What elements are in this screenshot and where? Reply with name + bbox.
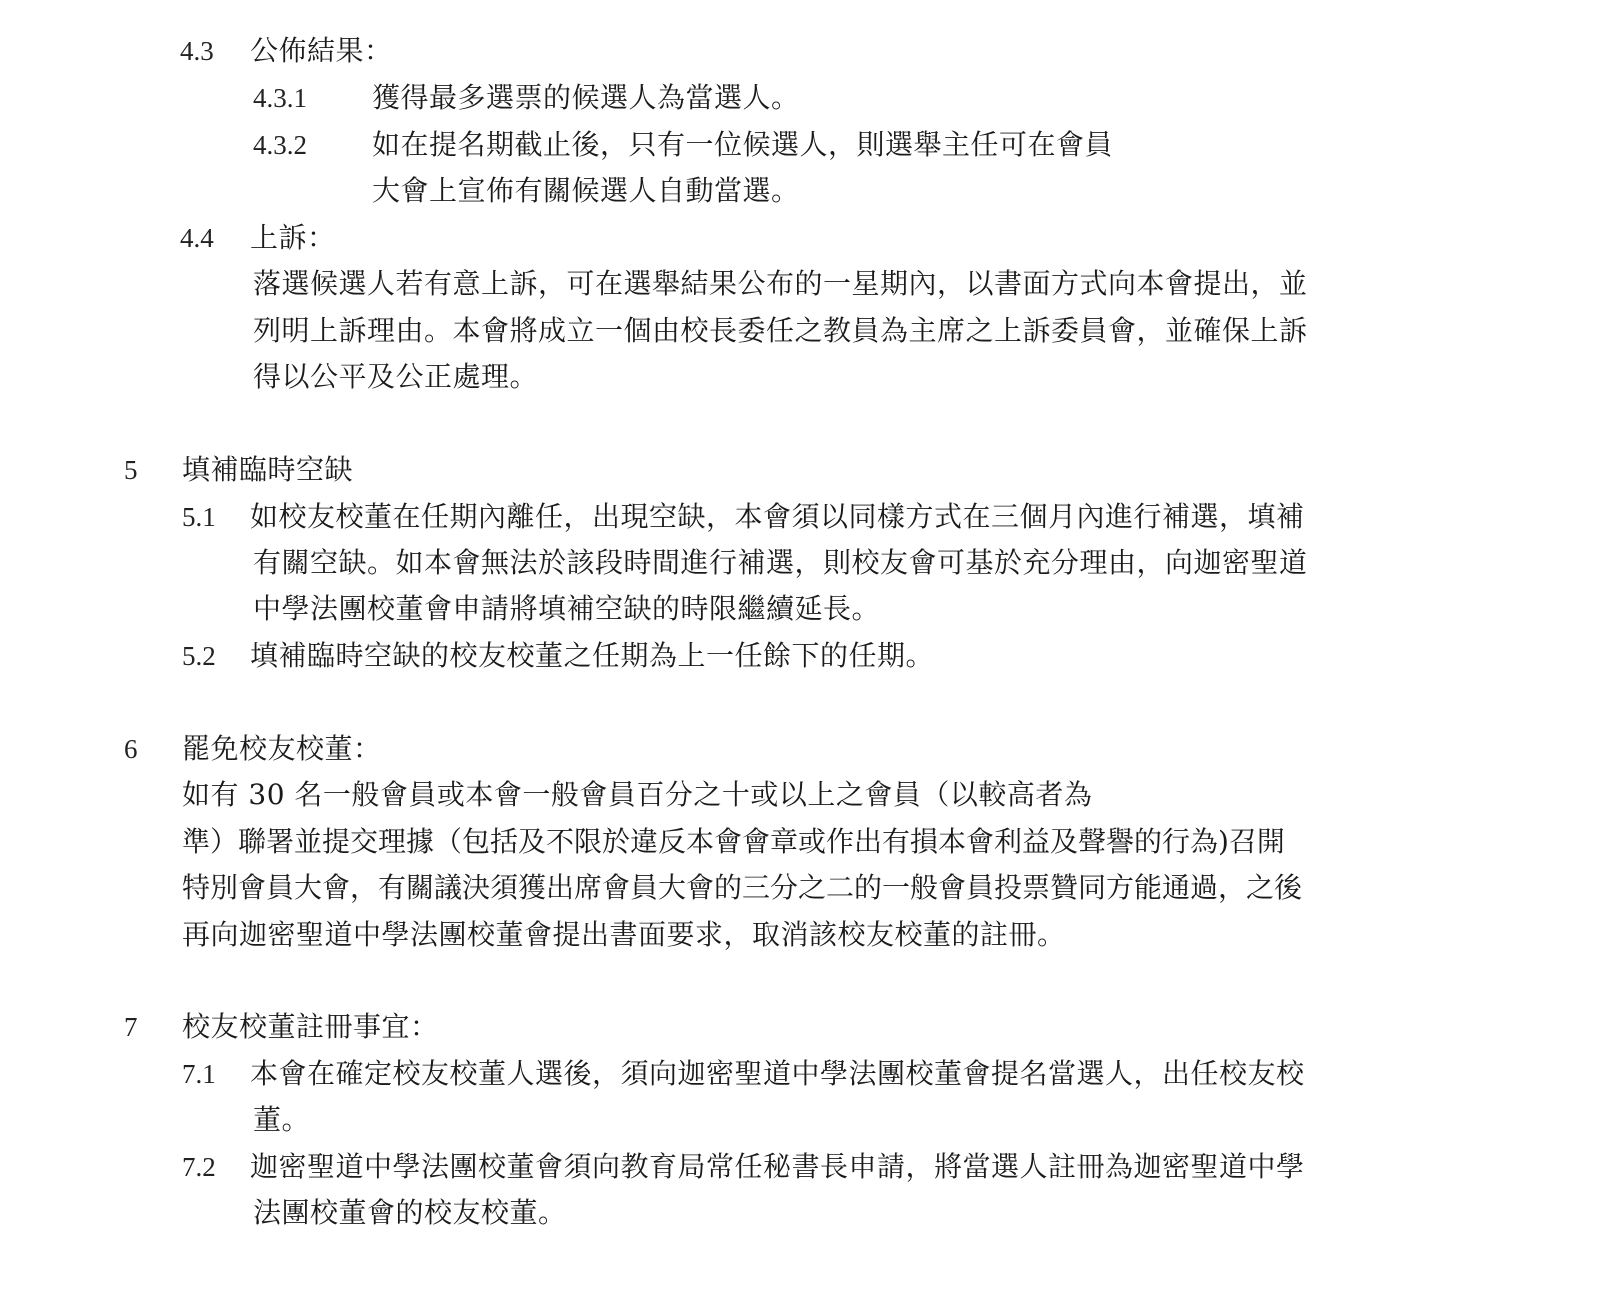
item-text: 中學法團校董會申請將填補空缺的時限繼續延長。 [253, 592, 880, 626]
section-number: 7 [124, 1010, 138, 1044]
paragraph-line: 列明上訴理由。本會將成立一個由校長委任之教員為主席之上訴委員會，並確保上訴 [253, 314, 1308, 348]
item-text: 法團校董會的校友校董。 [253, 1196, 567, 1230]
item-number: 5.2 [182, 639, 216, 673]
section-number: 4.4 [180, 221, 214, 255]
item-number: 7.2 [182, 1150, 216, 1184]
paragraph-line: 落選候選人若有意上訴，可在選舉結果公布的一星期內，以書面方式向本會提出，並 [253, 267, 1308, 301]
section-heading: 公佈結果： [250, 34, 393, 68]
section-heading: 校友校董註冊事宜： [182, 1010, 439, 1044]
item-number: 4.3.2 [253, 128, 307, 162]
item-text: 獲得最多選票的候選人為當選人。 [372, 81, 800, 115]
paragraph-line: 再向迦密聖道中學法團校董會提出書面要求，取消該校友校董的註冊。 [182, 918, 1066, 952]
paragraph-line: 準）聯署並提交理據（包括及不限於違反本會會章或作出有損本會利益及聲譽的行為)召開 [182, 825, 1285, 859]
item-text: 董。 [253, 1103, 310, 1137]
item-text: 如在提名期截止後，只有一位候選人，則選舉主任可在會員 [372, 128, 1113, 162]
item-text: 填補臨時空缺的校友校董之任期為上一任餘下的任期。 [250, 639, 934, 673]
item-text: 有關空缺。如本會無法於該段時間進行補選，則校友會可基於充分理由，向迦密聖道 [253, 546, 1308, 580]
paragraph-line: 特別會員大會，有關議決須獲出席會員大會的三分之二的一般會員投票贊同方能通過，之後 [182, 871, 1302, 905]
item-text: 本會在確定校友校董人選後，須向迦密聖道中學法團校董會提名當選人，出任校友校 [250, 1057, 1305, 1091]
item-text: 大會上宣佈有關候選人自動當選。 [372, 174, 800, 208]
item-number: 4.3.1 [253, 81, 307, 115]
section-heading: 罷免校友校董： [182, 732, 382, 766]
section-number: 4.3 [180, 34, 214, 68]
paragraph-line: 如有 30 名一般會員或本會一般會員百分之十或以上之會員（以較高者為 [182, 778, 1092, 812]
section-heading: 上訴： [250, 221, 336, 255]
section-heading: 填補臨時空缺 [182, 453, 353, 487]
item-text: 迦密聖道中學法團校董會須向教育局常任秘書長申請，將當選人註冊為迦密聖道中學 [250, 1150, 1305, 1184]
section-number: 6 [124, 732, 138, 766]
item-number: 5.1 [182, 500, 216, 534]
item-number: 7.1 [182, 1057, 216, 1091]
section-number: 5 [124, 453, 138, 487]
item-text: 如校友校董在任期內離任，出現空缺，本會須以同樣方式在三個月內進行補選，填補 [250, 500, 1305, 534]
paragraph-line: 得以公平及公正處理。 [253, 360, 538, 394]
